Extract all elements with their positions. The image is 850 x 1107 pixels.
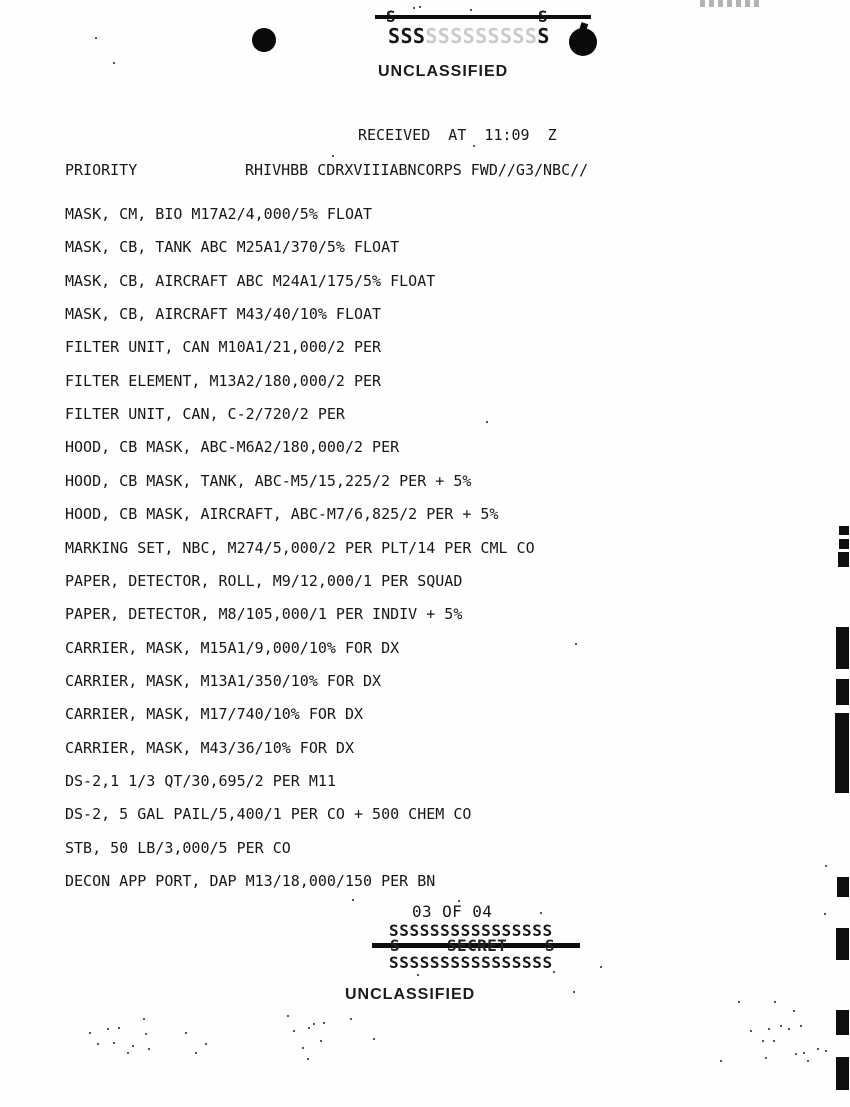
edge-mark [836, 1010, 849, 1035]
supply-line: MASK, CB, AIRCRAFT M43/40/10% FLOAT [65, 307, 381, 322]
routing-line: RHIVHBB CDRXVIIIABNCORPS FWD//G3/NBC// [245, 163, 588, 178]
classification-stamp-top: UNCLASSIFIED [378, 63, 508, 81]
supply-line: DS-2,1 1/3 QT/30,695/2 PER M11 [65, 774, 336, 789]
speckle-dot [788, 1028, 790, 1030]
edge-mark [837, 877, 849, 897]
speckle-dot [118, 1027, 120, 1029]
speckle-dot [373, 1038, 375, 1040]
supply-line: FILTER UNIT, CAN, C-2/720/2 PER [65, 407, 345, 422]
speckle-dot [293, 1030, 295, 1032]
top-strike-s-right: S [538, 9, 548, 25]
speckle-dot [774, 1001, 776, 1003]
supply-line: DECON APP PORT, DAP M13/18,000/150 PER B… [65, 874, 435, 889]
supply-line: HOOD, CB MASK, ABC-M6A2/180,000/2 PER [65, 440, 399, 455]
speckle-dot [89, 1032, 91, 1034]
speckle-dot [419, 6, 421, 8]
edge-mark [838, 552, 849, 567]
speckle-dot [793, 1010, 795, 1012]
supply-line: CARRIER, MASK, M43/36/10% FOR DX [65, 741, 354, 756]
speckle-dot [107, 1028, 109, 1030]
speckle-dot [573, 991, 575, 993]
speckle-dot [540, 912, 542, 914]
supply-line: CARRIER, MASK, M17/740/10% FOR DX [65, 707, 363, 722]
speckle-dot [575, 643, 577, 645]
speckle-dot [470, 9, 472, 11]
supply-line: DS-2, 5 GAL PAIL/5,400/1 PER CO + 500 CH… [65, 807, 471, 822]
speckle-dot [825, 1050, 827, 1052]
speckle-dot [205, 1043, 207, 1045]
document-page: S S SSSSSSSSSSSSS UNCLASSIFIED RECEIVED … [0, 0, 850, 1107]
top-s-row-suffix: S [537, 24, 549, 48]
speckle-dot [800, 1025, 802, 1027]
supply-line: MASK, CM, BIO M17A2/4,000/5% FLOAT [65, 207, 372, 222]
speckle-dot [486, 421, 488, 423]
speckle-dot [780, 1025, 782, 1027]
speckle-dot [817, 1048, 819, 1050]
speckle-dot [313, 1023, 315, 1025]
received-timestamp: RECEIVED AT 11:09 Z [358, 128, 557, 143]
speckle-dot [113, 1042, 115, 1044]
supply-line: FILTER UNIT, CAN M10A1/21,000/2 PER [65, 340, 381, 355]
supply-line: CARRIER, MASK, M13A1/350/10% FOR DX [65, 674, 381, 689]
top-s-row: SSSSSSSSSSSSS [388, 26, 550, 46]
edge-mark [835, 713, 849, 793]
edge-mark [836, 627, 849, 669]
priority-label: PRIORITY [65, 163, 137, 178]
speckle-dot [323, 1022, 325, 1024]
speckle-dot [765, 1057, 767, 1059]
supply-line: MASK, CB, AIRCRAFT ABC M24A1/175/5% FLOA… [65, 274, 435, 289]
speckle-dot [95, 37, 97, 39]
speckle-dot [302, 1047, 304, 1049]
supply-line: PAPER, DETECTOR, M8/105,000/1 PER INDIV … [65, 607, 462, 622]
speckle-dot [352, 899, 354, 901]
speckle-dot [307, 1058, 309, 1060]
speckle-dot [148, 1048, 150, 1050]
supply-line: CARRIER, MASK, M15A1/9,000/10% FOR DX [65, 641, 399, 656]
top-redaction-rule [375, 15, 591, 19]
speckle-dot [795, 1053, 797, 1055]
supply-line: FILTER ELEMENT, M13A2/180,000/2 PER [65, 374, 381, 389]
speckle-dot [287, 1015, 289, 1017]
edge-mark [836, 679, 849, 705]
top-s-row-faded: SSSSSSSSS [425, 24, 537, 48]
faint-header-fragment [700, 0, 762, 7]
supply-line: PAPER, DETECTOR, ROLL, M9/12,000/1 PER S… [65, 574, 462, 589]
speckle-dot [132, 1045, 134, 1047]
page-number: 03 OF 04 [412, 904, 492, 920]
supply-line: MARKING SET, NBC, M274/5,000/2 PER PLT/1… [65, 541, 535, 556]
speckle-dot [553, 971, 555, 973]
supply-line: MASK, CB, TANK ABC M25A1/370/5% FLOAT [65, 240, 399, 255]
speckle-dot [320, 1040, 322, 1042]
speckle-dot [143, 1018, 145, 1020]
speckle-dot [195, 1052, 197, 1054]
supply-line: STB, 50 LB/3,000/5 PER CO [65, 841, 291, 856]
speckle-dot [458, 900, 460, 902]
speckle-dot [768, 1028, 770, 1030]
struck-secret-marking: SECRET [447, 938, 507, 954]
speckle-dot [332, 155, 334, 157]
speckle-dot [350, 1018, 352, 1020]
speckle-dot [113, 62, 115, 64]
speckle-dot [720, 1060, 722, 1062]
speckle-dot [600, 966, 602, 968]
speckle-dot [417, 974, 419, 976]
speckle-dot [127, 1052, 129, 1054]
speckle-dot [824, 913, 826, 915]
speckle-dot [773, 1040, 775, 1042]
speckle-dot [473, 145, 475, 147]
edge-mark [836, 1057, 849, 1090]
speckle-dot [185, 1032, 187, 1034]
edge-mark [839, 539, 849, 549]
speckle-dot [738, 1001, 740, 1003]
speckle-dot [803, 1052, 805, 1054]
speckle-dot [308, 1027, 310, 1029]
supply-line: HOOD, CB MASK, TANK, ABC-M5/15,225/2 PER… [65, 474, 471, 489]
hole-punch-right-icon [569, 28, 597, 56]
speckle-dot [807, 1060, 809, 1062]
speckle-dot [762, 1040, 764, 1042]
supply-line: HOOD, CB MASK, AIRCRAFT, ABC-M7/6,825/2 … [65, 507, 498, 522]
speckle-dot [825, 865, 827, 867]
classification-stamp-bottom: UNCLASSIFIED [345, 986, 475, 1004]
edge-mark [839, 526, 849, 535]
speckle-dot [750, 1030, 752, 1032]
top-s-row-prefix: SSS [388, 24, 425, 48]
footer-strike-s-left: S [390, 938, 400, 954]
footer-s-row-2: SSSSSSSSSSSSSSSS [389, 955, 553, 971]
edge-mark [836, 928, 849, 960]
footer-strike-s-right: S [545, 938, 555, 954]
top-strike-s-left: S [386, 9, 396, 25]
speckle-dot [97, 1043, 99, 1045]
speckle-dot [145, 1033, 147, 1035]
speckle-dot [413, 7, 415, 9]
hole-punch-left-icon [252, 28, 276, 52]
